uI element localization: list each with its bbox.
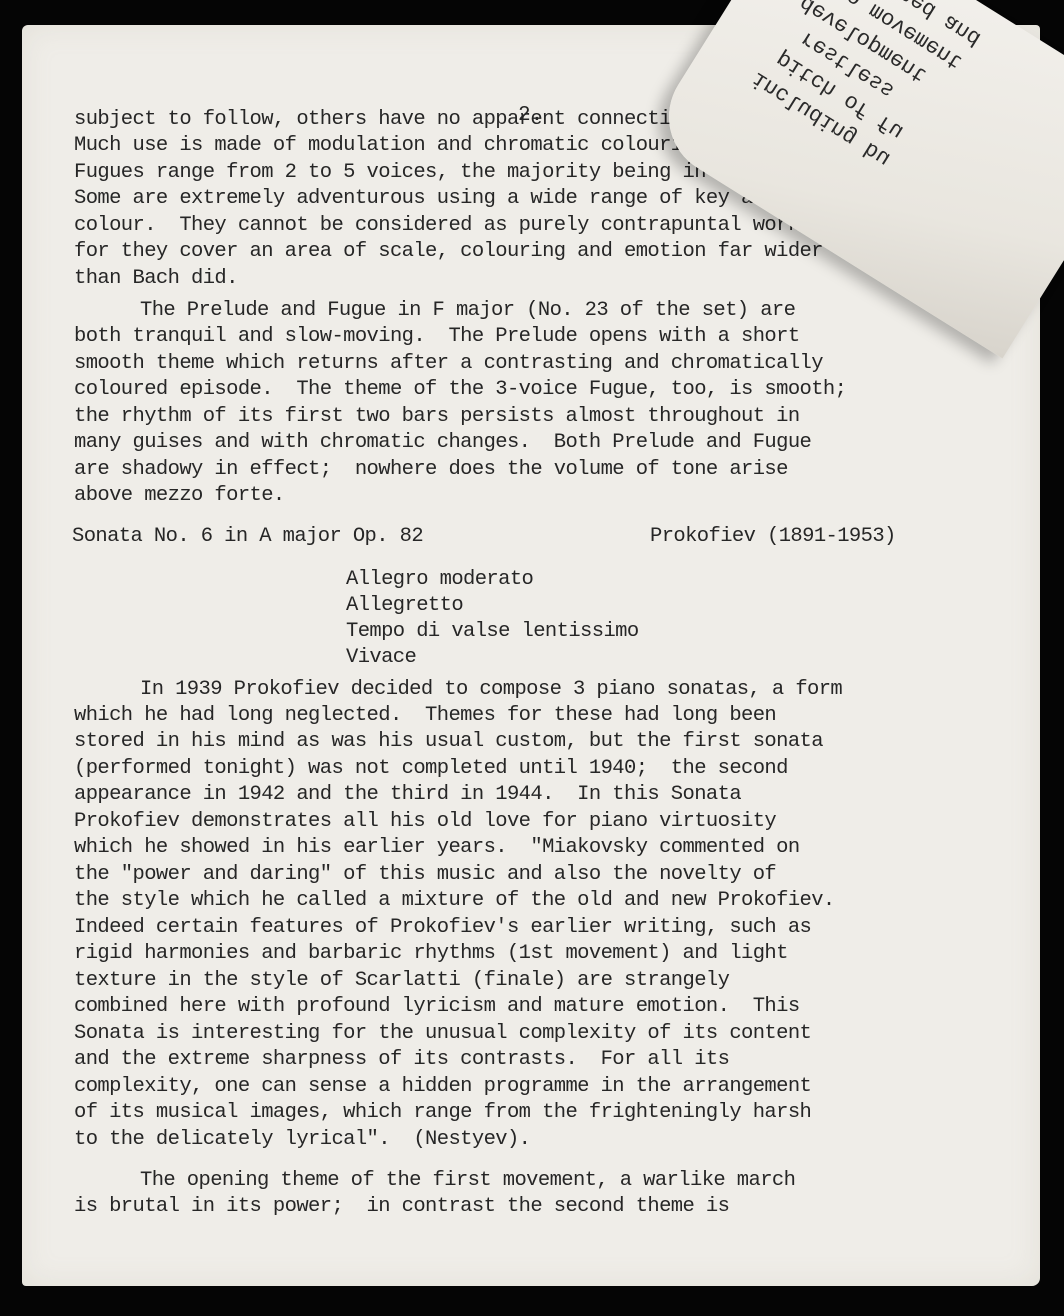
text-line: coloured episode. The theme of the 3-voi… (74, 378, 846, 401)
text-line: and the extreme sharpness of its contras… (74, 1048, 729, 1071)
text-line: above mezzo forte. (74, 484, 285, 507)
text-line: Prokofiev demonstrates all his old love … (74, 810, 776, 833)
movement-2: Allegretto (346, 594, 463, 617)
text-line: the "power and daring" of this music and… (74, 863, 776, 886)
text-line: which he showed in his earlier years. "M… (74, 836, 800, 859)
text-line: (performed tonight) was not completed un… (74, 757, 788, 780)
text-line: both tranquil and slow-moving. The Prelu… (74, 325, 800, 348)
text-line: The Prelude and Fugue in F major (No. 23… (140, 299, 795, 322)
text-line: the rhythm of its first two bars persist… (74, 405, 800, 428)
text-line: Some are extremely adventurous using a w… (74, 187, 776, 210)
text-line: many guises and with chromatic changes. … (74, 431, 811, 454)
text-line: stored in his mind as was his usual cust… (74, 730, 823, 753)
text-line: Fugues range from 2 to 5 voices, the maj… (74, 161, 800, 184)
movement-3: Tempo di valse lentissimo (346, 620, 639, 643)
text-line: The opening theme of the first movement,… (140, 1169, 795, 1192)
movement-4: Vivace (346, 646, 416, 669)
text-line: for they cover an area of scale, colouri… (74, 240, 823, 263)
text-line: rigid harmonies and barbaric rhythms (1s… (74, 942, 788, 965)
text-line: than Bach did. (74, 267, 238, 290)
text-line: texture in the style of Scarlatti (final… (74, 969, 729, 992)
text-line: to the delicately lyrical". (Nestyev). (74, 1128, 530, 1151)
text-line: which he had long neglected. Themes for … (74, 704, 776, 727)
text-line: complexity, one can sense a hidden progr… (74, 1075, 811, 1098)
text-line: Sonata is interesting for the unusual co… (74, 1022, 811, 1045)
text-line: Indeed certain features of Prokofiev's e… (74, 916, 811, 939)
text-line: the style which he called a mixture of t… (74, 889, 835, 912)
program-item-composer: Prokofiev (1891-1953) (650, 525, 896, 548)
text-line: Much use is made of modulation and chrom… (74, 134, 776, 157)
program-item-title: Sonata No. 6 in A major Op. 82 (72, 525, 423, 548)
text-line: smooth theme which returns after a contr… (74, 352, 823, 375)
text-line: In 1939 Prokofiev decided to compose 3 p… (140, 678, 842, 701)
text-line: is brutal in its power; in contrast the … (74, 1195, 729, 1218)
text-line: combined here with profound lyricism and… (74, 995, 800, 1018)
text-line: of its musical images, which range from … (74, 1101, 811, 1124)
movement-1: Allegro moderato (346, 568, 533, 591)
text-line: are shadowy in effect; nowhere does the … (74, 458, 788, 481)
text-line: colour. They cannot be considered as pur… (74, 214, 811, 237)
text-line: appearance in 1942 and the third in 1944… (74, 783, 741, 806)
